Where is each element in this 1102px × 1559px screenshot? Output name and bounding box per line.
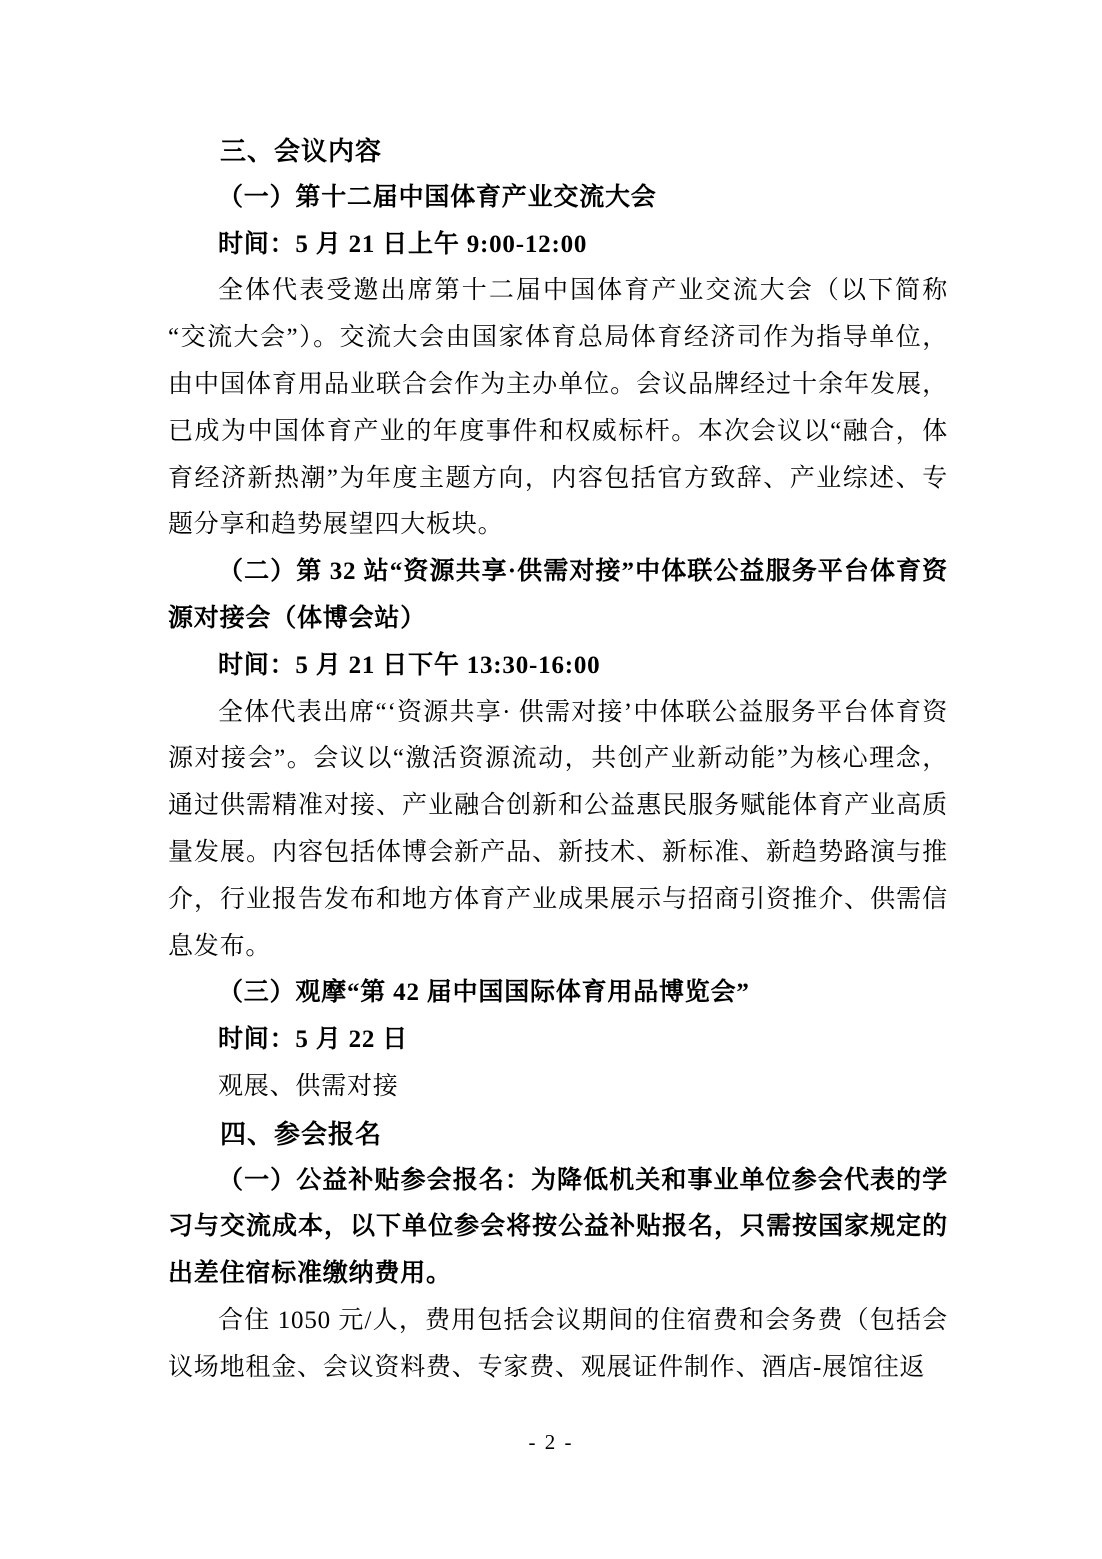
subheading-item2-title: （二）第 32 站“资源共享·供需对接”中体联公益服务平台体育资源对接会（体博会… [168,549,948,643]
item3-time-line: 时间：5 月 22 日 [168,1017,948,1064]
document-body: 三、会议内容 （一）第十二届中国体育产业交流大会 时间：5 月 21 日上午 9… [168,128,948,1392]
subheading-item3-title: （三）观摩“第 42 届中国国际体育用品博览会” [168,970,948,1017]
item2-time-line: 时间：5 月 21 日下午 13:30-16:00 [168,643,948,690]
item3-body-line: 观展、供需对接 [168,1064,948,1111]
section-heading-meeting-content: 三、会议内容 [168,128,948,175]
item1-body-paragraph: 全体代表受邀出席第十二届中国体育产业交流大会（以下简称“交流大会”）。交流大会由… [168,268,948,549]
registration-subsidy-paragraph: （一）公益补贴参会报名：为降低机关和事业单位参会代表的学习与交流成本，以下单位参… [168,1158,948,1298]
subheading-item1-title: （一）第十二届中国体育产业交流大会 [168,175,948,222]
registration-fee-paragraph: 合住 1050 元/人，费用包括会议期间的住宿费和会务费（包括会议场地租金、会议… [168,1298,948,1392]
item1-time-line: 时间：5 月 21 日上午 9:00-12:00 [168,222,948,269]
item2-body-paragraph: 全体代表出席“‘资源共享· 供需对接’中体联公益服务平台体育资源对接会”。会议以… [168,690,948,971]
page-number: - 2 - [0,1430,1102,1455]
section-heading-registration: 四、参会报名 [168,1111,948,1158]
document-page: 三、会议内容 （一）第十二届中国体育产业交流大会 时间：5 月 21 日上午 9… [0,0,1102,1559]
